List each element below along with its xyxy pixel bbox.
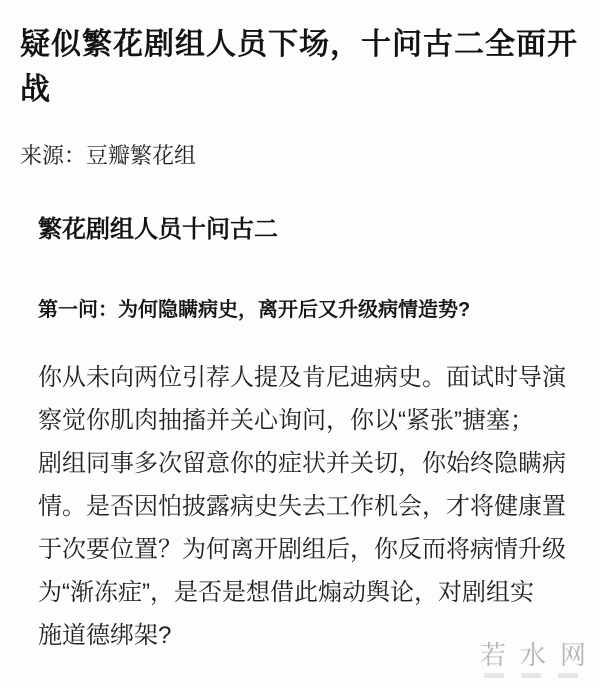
watermark-text: 若水网 <box>480 640 600 670</box>
article-page: 疑似繁花剧组人员下场，十问古二全面开 战 来源：豆瓣繁花组 繁花剧组人员十问古二… <box>0 0 600 657</box>
question-heading: 第一问：为何隐瞒病史，离开后又升级病情造势? <box>38 297 582 323</box>
article-body: 繁花剧组人员十问古二 第一问：为何隐瞒病史，离开后又升级病情造势? 你从未向两位… <box>20 215 582 657</box>
watermark-subtext <box>480 673 578 678</box>
watermark: 若水网 <box>480 640 600 678</box>
source-line: 来源：豆瓣繁花组 <box>20 143 582 169</box>
page-title: 疑似繁花剧组人员下场，十问古二全面开 战 <box>20 22 582 112</box>
article-paragraph: 你从未向两位引荐人提及肯尼迪病史。面试时导演 察觉你肌肉抽搐并关心询问，你以“紧… <box>38 356 582 657</box>
article-heading: 繁花剧组人员十问古二 <box>38 215 582 245</box>
